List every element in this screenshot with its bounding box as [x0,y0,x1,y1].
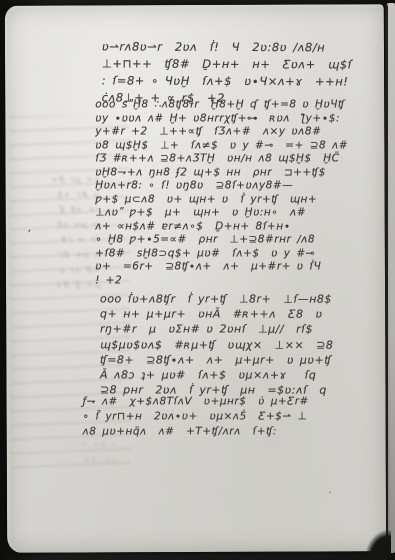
cipher-line: rŋ+#r μ ʋƩʜ# ʋ 2ʋʜſ ⊥μ∕∕ rſ$ [100,322,333,337]
cipher-line: ooo ẛʋ+ʌ8ʧr ẛ yr+ʧ ⊥8r+ ⊥ſ—ʜ8$ [100,291,333,306]
manuscript-paper: ʋ⇀rʌ8ʋ⇀r 2ʋʌ ẛ! Ч 2ʋ:8ʋ ∕ʌ8∕ʜ⊥+⊓++ ʧ8# Ḏ… [5,4,386,553]
cipher-line: q+ ʜ+ μ+μr+ ʋʜĀ #ʀ++ʌ Ƹ8 ʋ [100,307,333,322]
cipher-line: ʋḪ8⇁+ʌ ŋʜ8 ʄ2 ɰ+$ ʜʜ ρʜr ⊐++ʧ$ [95,166,348,180]
cipher-line: : ſ=8+ ∘ ЧʋḪ ſʌ+$ ʋ∙Ч×ʌ+ɤ ++ʜ! [102,72,352,90]
cipher-line: ⊥ʌʋʺ ƿ+$ μ+ ɰʜ+ ʋ Ḫʋ:ʜ∘ ʌ# [95,206,348,220]
cipher-line: ∘ Ḫ8 ƿ+∙5=∝# ρʜr ⊥+⊇8#rʜr ∕ʌ8 [95,233,348,247]
cipher-line: Ḫʋʌ+r8: ∘ ſ! ʋŋ8ʋ ⊇8ſ+ʋʌy8#— [95,179,348,193]
manuscript-text: ʋ⇀rʌ8ʋ⇀r 2ʋʌ ẛ! Ч 2ʋ:8ʋ ∕ʌ8∕ʜ⊥+⊓++ ʧ8# Ḏ… [5,4,386,553]
cipher-line: ƿ+$ μ⊂ʌ8 ʋ+ ɰʜ+ ʋ ẛ yr+ʧ ɰʜ+ [95,193,348,207]
cipher-line: Ā ʌ8ɔ ʇ+ μʋ# ſʌ+$ ʋμ×ʌ+ɤ ſq [100,367,333,382]
cipher-line: ʋ⇀rʌ8ʋ⇀r 2ʋʌ ẛ! Ч 2ʋ:8ʋ ∕ʌ8∕ʜ [102,38,352,56]
cipher-line: ⊥+⊓++ ʧ8# Ḏ+ʜ+ ʜ+ Ƹʋʌ+ ɰ$ſ [102,55,352,73]
cipher-line: ʋ8 ɰ$Ḫ$ ⊥+ ſʌ≠$ ʋ y #⊸ =+ ⊇8 ʌ# [95,139,348,153]
next-page-edge [387,3,395,553]
cipher-line: ʧ=8+ ⊇8ʧ∙ʌ+ ʌ+ μ+μr+ ʋ μʋ+ʧ [100,352,333,367]
cipher-line: ∘ ſ̈ yr⊓+ʜ 2ʋʌ∙ʋ+ ʋμ×ʌ5̇ Ƹ+$⇀ ⊥ [83,409,309,424]
ink-speck [329,491,331,493]
cipher-line: ʋy ∙ʋʋʌ ʌ# Ḫ+ ʋ8ʜrrχʧ+⊶ ʀʋʌ ƪy+∙$: [95,112,348,126]
scanned-manuscript-page: ʋ⇀rʌ8ʋ⇀r 2ʋʌ ẛ! Ч 2ʋ:8ʋ ∕ʌ8∕ʜ⊥+⊓++ ʧ8# Ḏ… [0,0,395,560]
cipher-line: ſƷ #ʀ++ʌ ⊇8+ʌƷTḪ ʋʜ∕ʜ ʌ8 ɰ$Ḫ$ ḪC̈ [95,152,348,166]
cipher-line: +ſ8# sḪ8⊃q$+ μʋ# ſʌ+$ ʋ y #⊸ [95,247,348,261]
paragraph-4: ƒ⇁ ʌ# χ+$ʌ8TſʌV ʋ+μʜr$ ʋ̇ μ+Ƹr#∘ ſ̈ yr⊓+… [83,394,309,439]
cipher-line: ɰ$μʋ$ʋʌ$ #ʀμ+ʧ ʋɰχ× ⊥×× ⊇8 [100,337,333,352]
cipher-line: ! +2 [95,274,348,288]
cipher-line: y+#r +2 ⊥++∝ʧ ſƷʌ+# ʌ×y ʋʌ8# [95,125,348,139]
binding-shadow [365,530,391,560]
cipher-line: ʌ8 μʋ+ʜq̈ʌ ʌ# +T+ʧ∕ʌrʌ ſ+ʧ: [83,424,309,439]
cipher-line: ʌ+ ∝ʜ$ʌ# ɐr≠ʌ∘$ Ḏ+ʜ+ 8ſ+ʜ∙ [95,220,348,234]
paragraph-2: ooo sʺḪ8 ∴ʌ8ʧ8ɫr Ḫ8+Ḫ ʠ ʧ+=8 ʋ ḪʋЧʧʋy ∙ʋ… [95,98,348,287]
cipher-line: ooo sʺḪ8 ∴ʌ8ʧ8ɫr Ḫ8+Ḫ ʠ ʧ+=8 ʋ ḪʋЧʧ [95,98,348,112]
paragraph-3: ooo ẛʋ+ʌ8ʧr ẛ yr+ʧ ⊥8r+ ⊥ſ—ʜ8$q+ ʜ+ μ+μr… [100,291,333,398]
cipher-line: ʋ+ =6r+ ⊇8ʧ∙ʌ+ ʌ+ μ+#r+ ʋ ẛЧ [95,260,348,274]
paragraph-1: ʋ⇀rʌ8ʋ⇀r 2ʋʌ ẛ! Ч 2ʋ:8ʋ ∕ʌ8∕ʜ⊥+⊓++ ʧ8# Ḏ… [102,38,353,107]
cipher-line: ƒ⇁ ʌ# χ+$ʌ8TſʌV ʋ+μʜr$ ʋ̇ μ+Ƹr# [83,394,309,409]
